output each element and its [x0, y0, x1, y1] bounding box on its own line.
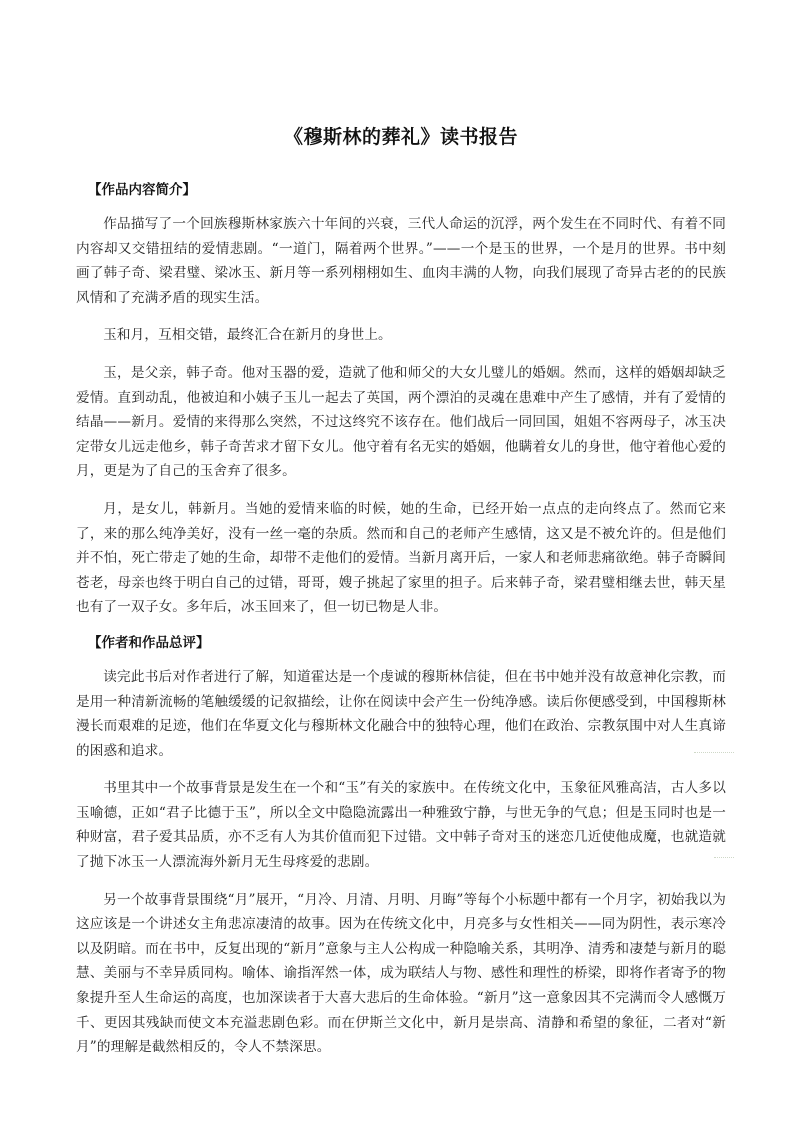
- paragraph: 另一个故事背景围绕“月”展开，“月冷、月清、月明、月晦”等每个小标题中都有一个月…: [76, 888, 726, 1060]
- paragraph: 书里其中一个故事背景是发生在一个和“玉”有关的家族中。在传统文化中，玉象征风雅高…: [76, 776, 726, 874]
- dotted-separator: [714, 857, 734, 858]
- section-heading-summary: 【作品内容简介】: [88, 178, 726, 202]
- paragraph: 月，是女儿，韩新月。当她的爱情来临的时候，她的生命，已经开始一点点的走向终点了。…: [76, 497, 726, 620]
- paragraph: 玉和月，互相交错，最终汇合在新月的身世上。: [76, 323, 726, 348]
- paragraph: 作品描写了一个回族穆斯林家族六十年间的兴衰，三代人命运的沉浮，两个发生在不同时代…: [76, 212, 726, 310]
- document-title: 《穆斯林的葬礼》读书报告: [76, 122, 726, 149]
- document-body: 【作品内容简介】 作品描写了一个回族穆斯林家族六十年间的兴衰，三代人命运的沉浮，…: [76, 178, 726, 1060]
- dotted-separator: [694, 752, 734, 753]
- section-heading-review: 【作者和作品总评】: [88, 631, 726, 655]
- paragraph: 读完此书后对作者进行了解，知道霍达是一个虔诚的穆斯林信徒，但在书中她并没有故意神…: [76, 665, 726, 763]
- paragraph: 玉，是父亲，韩子奇。他对玉器的爱，造就了他和师父的大女儿璧儿的婚姻。然而，这样的…: [76, 361, 726, 484]
